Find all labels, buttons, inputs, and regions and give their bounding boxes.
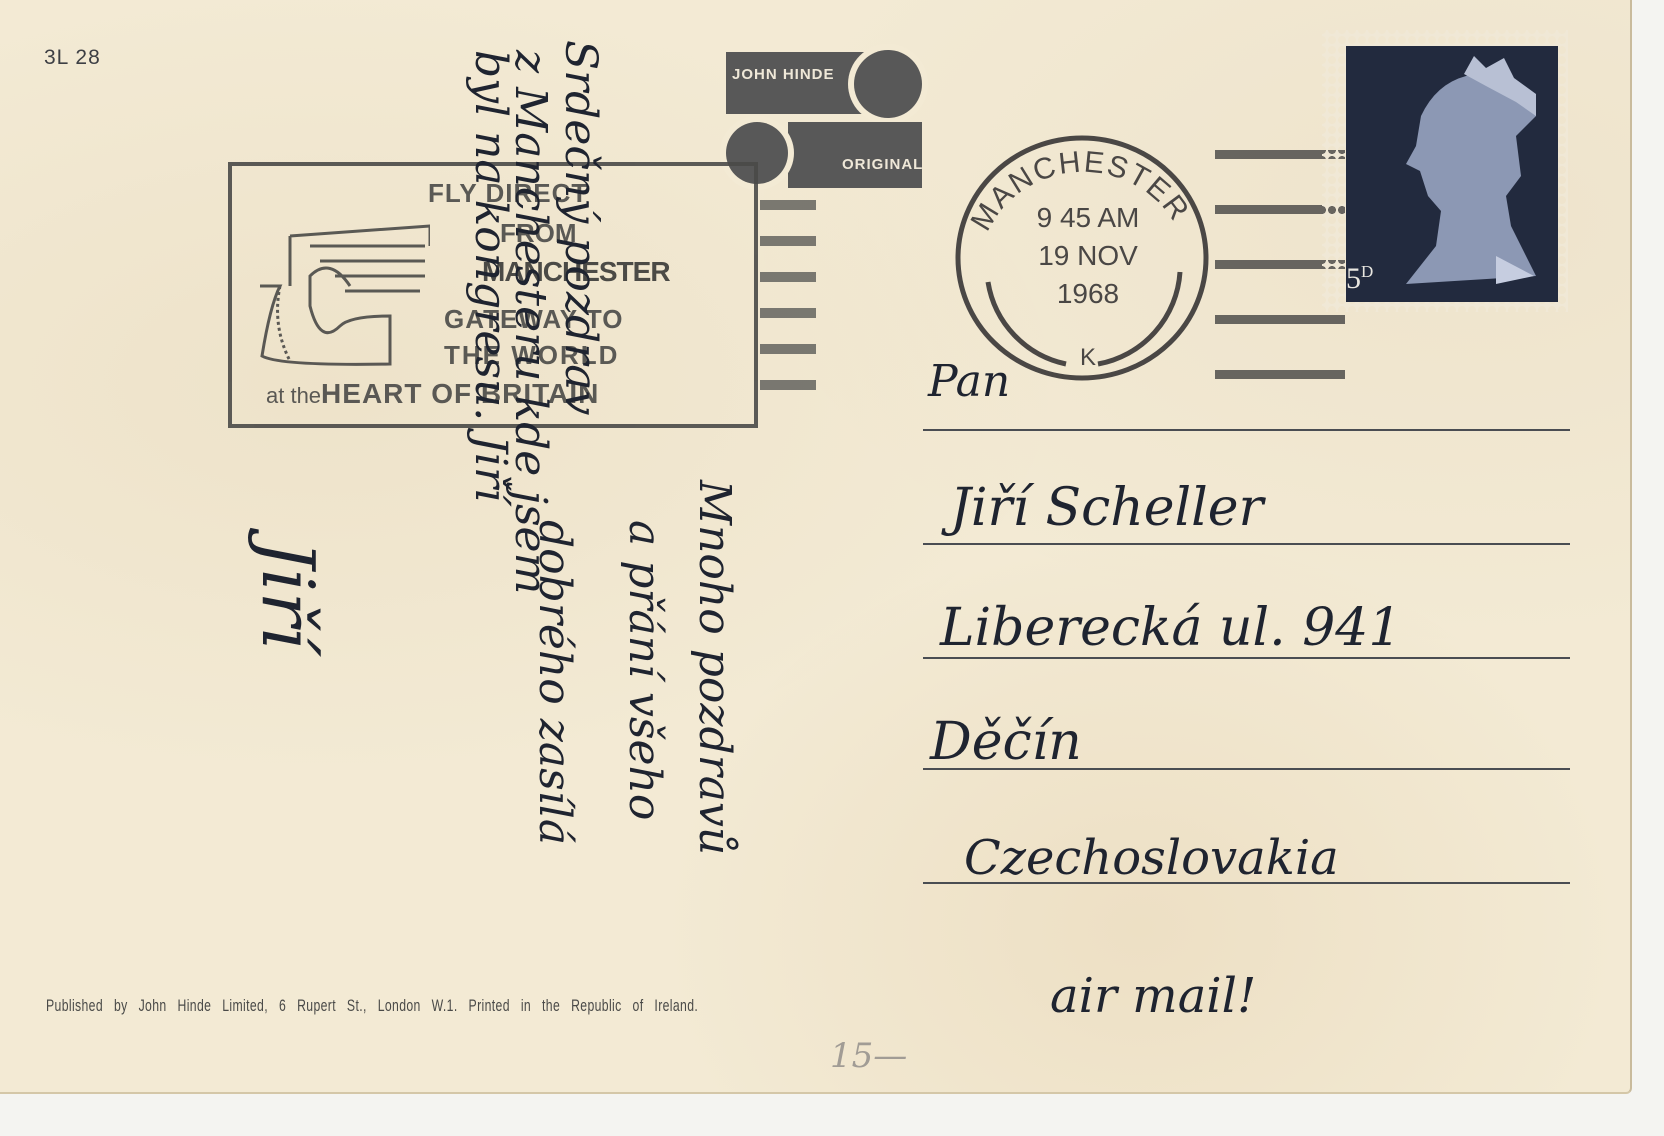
address-line-4: Czechoslovakia [964,830,1339,886]
address-rule [923,657,1570,659]
queen-profile-icon [1346,46,1558,302]
postmark-year: 1968 [948,278,1228,310]
signature: Jiří [246,540,330,649]
address-salutation: Pan [928,356,1010,407]
address-line-2: Liberecká ul. 941 [940,598,1401,658]
address-line-1: Jiří Scheller [950,478,1263,538]
message-line-4: Mnoho pozdravů [689,480,740,855]
logo-text-top: JOHN HINDE [732,66,835,83]
stamp-denomination: 5 [1346,262,1361,295]
logo-text-bottom: ORIGINAL [842,156,923,173]
serial-code: 3L 28 [44,46,101,70]
address-rule [923,543,1570,545]
publisher-imprint: Published by John Hinde Limited, 6 Ruper… [46,996,698,1016]
stamp-unit: D [1361,262,1373,281]
air-mail-note: air mail! [1050,968,1256,1024]
stamp [1346,46,1558,302]
postmark-date: 19 NOV [948,240,1228,272]
stamp-value: 5D [1346,262,1373,296]
pencil-price-note: 15— [830,1036,907,1076]
address-rule [923,882,1570,884]
address-line-3: Děčín [930,712,1082,772]
cancel-bars-left [760,200,816,430]
message-line-3: byl na kongresu. Jiří [465,50,516,502]
address-rule [923,768,1570,770]
message-line-1: Srdečný pozdrav [555,40,606,415]
message-line-5: a přání všeho [619,520,670,820]
address-rule [923,429,1570,431]
postcard-back: 3L 28 JOHN HINDE ORIGINAL FLY DIRECT FRO… [0,0,1632,1094]
message-line-6: dobrého zasílá [529,520,580,845]
postmark-time: 9 45 AM [948,202,1228,234]
slogan-line-6-small: at the [266,383,321,408]
winged-suitcase-icon [250,206,430,376]
postmark: MANCHESTER 9 45 AM 19 NOV 1968 K [948,132,1228,392]
